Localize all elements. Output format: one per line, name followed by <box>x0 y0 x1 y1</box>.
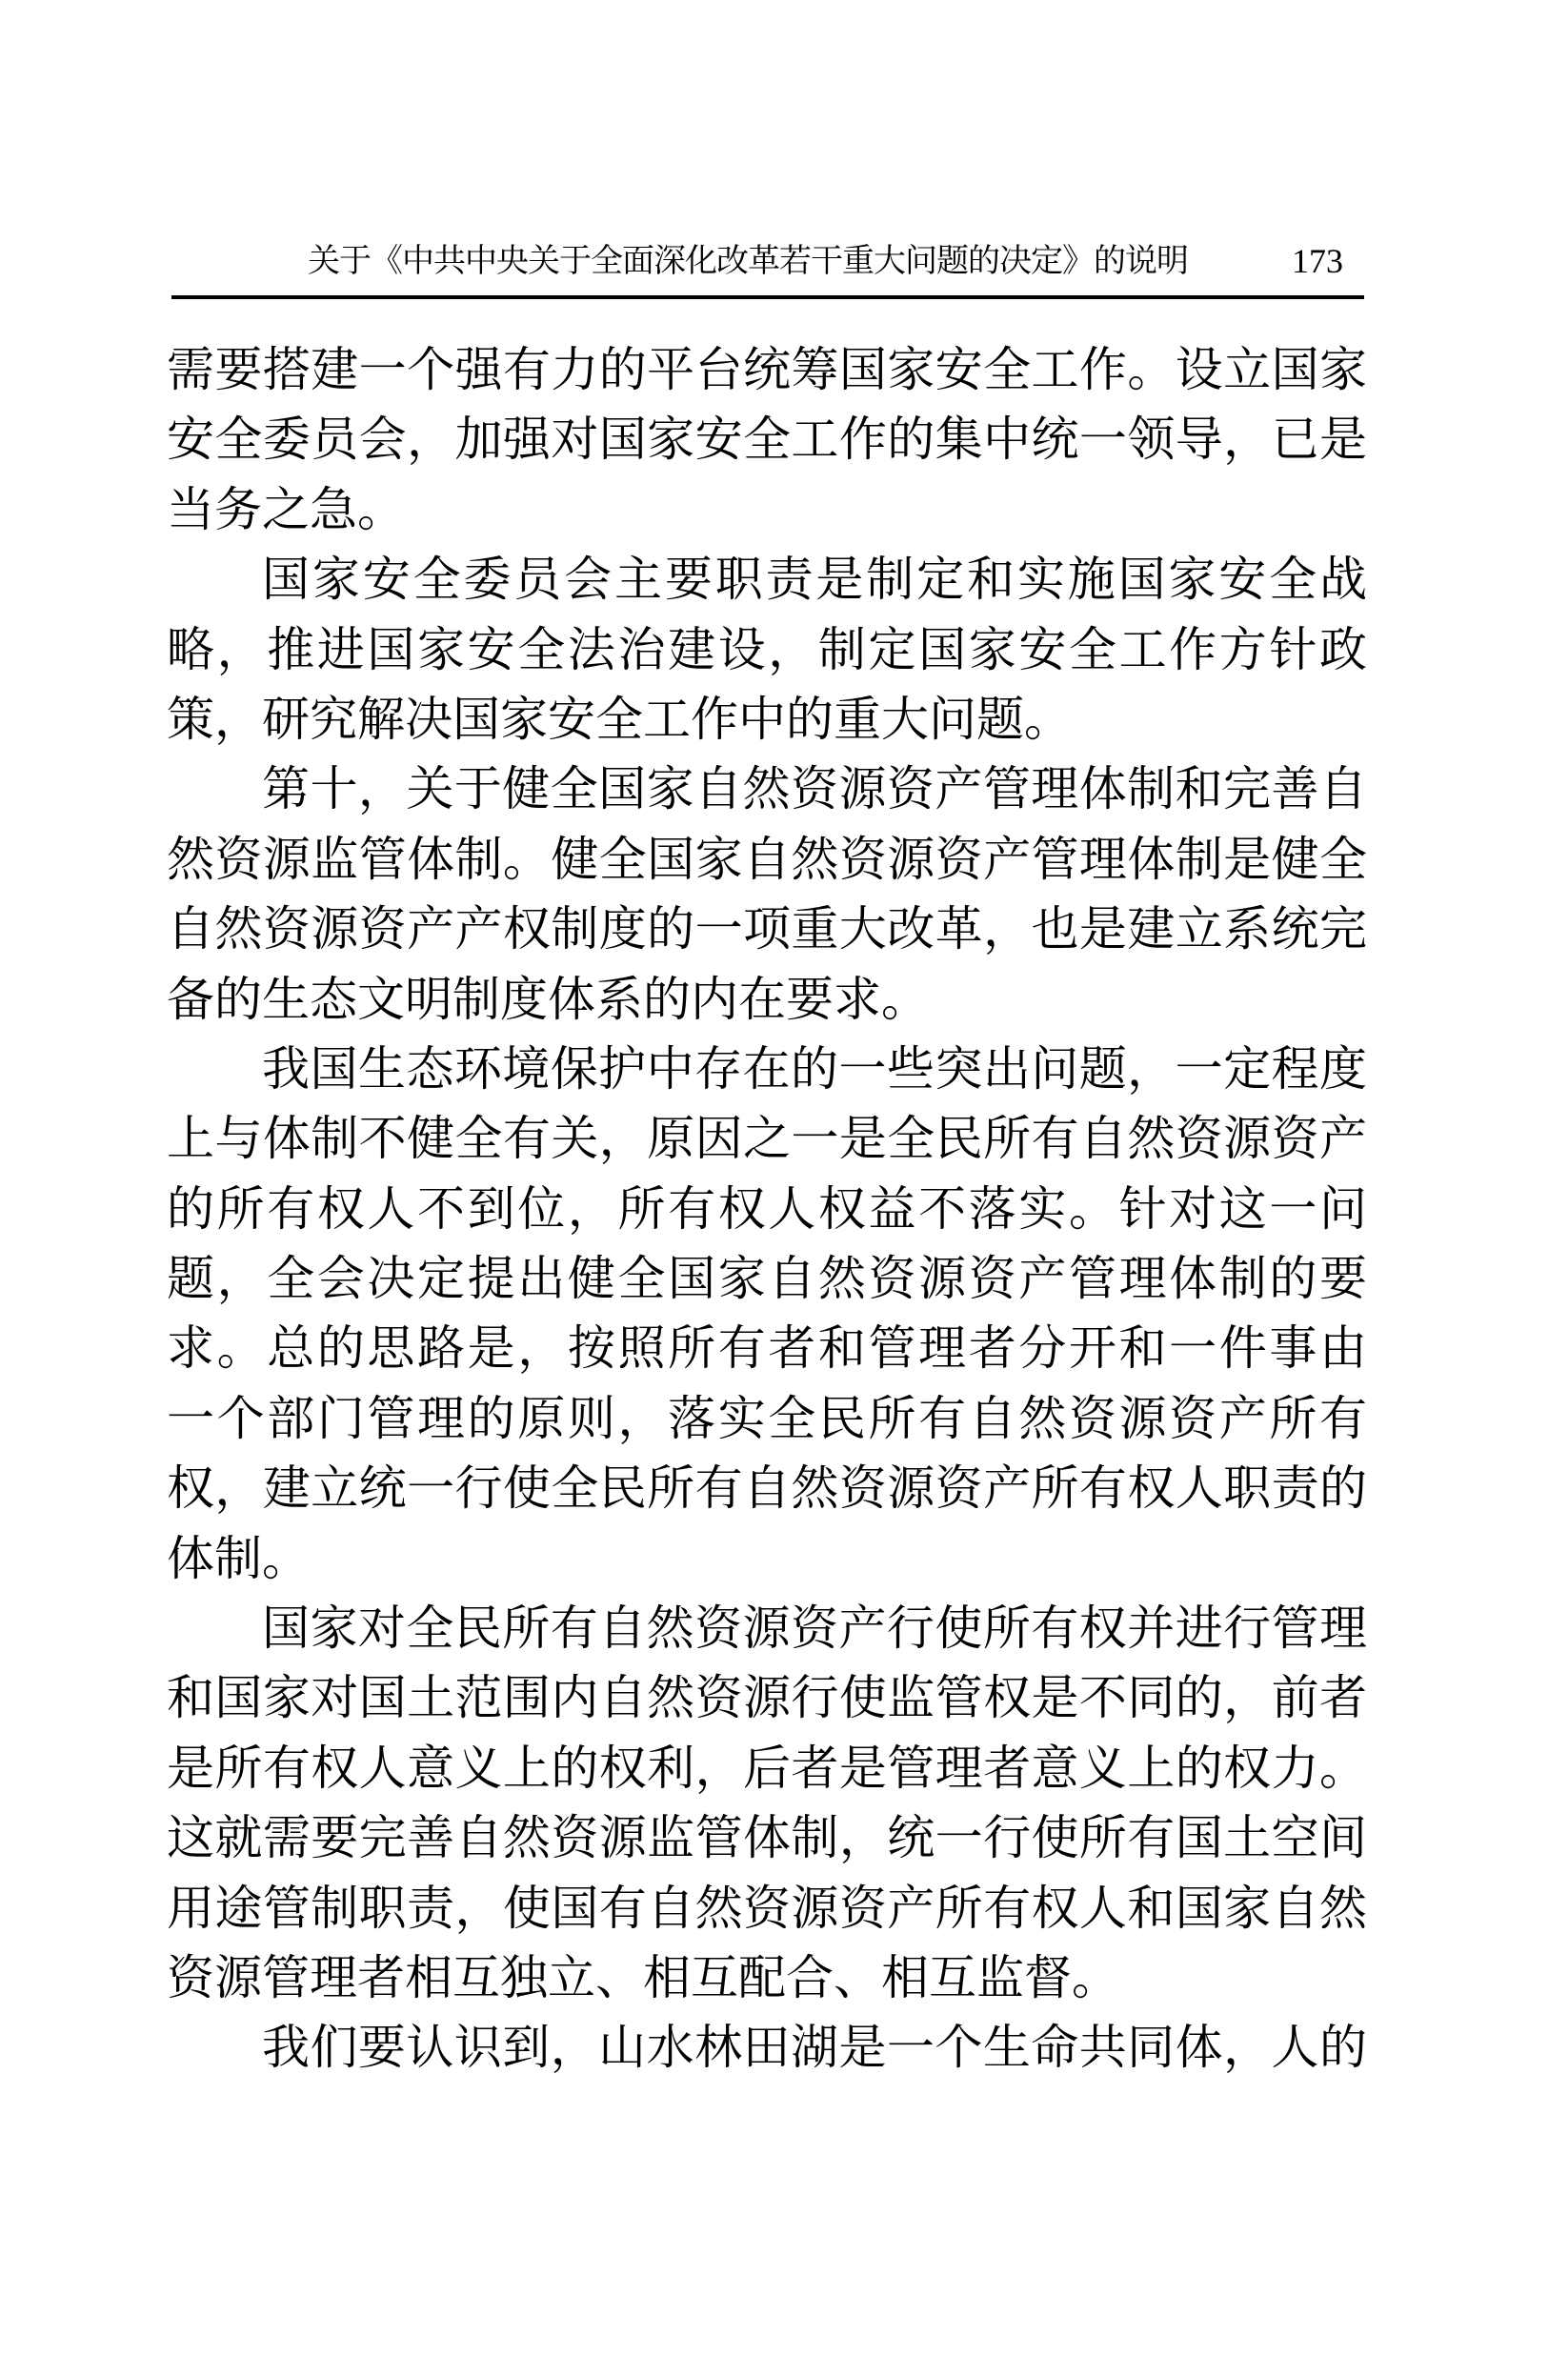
book-page: 关于《中共中央关于全面深化改革若干重大问题的决定》的说明 173 需要搭建一个强… <box>0 0 1568 2356</box>
text-line: 权，建立统一行使全民所有自然资源资产所有权人职责的 <box>167 1454 1367 1523</box>
text-line: 略，推进国家安全法治建设，制定国家安全工作方针政 <box>167 615 1367 685</box>
text-line: 体制。 <box>167 1524 1367 1594</box>
text-line: 我国生态环境保护中存在的一些突出问题，一定程度 <box>167 1035 1367 1104</box>
text-line: 国家对全民所有自然资源资产行使所有权并进行管理 <box>167 1594 1367 1663</box>
text-line: 然资源监管体制。健全国家自然资源资产管理体制是健全 <box>167 825 1367 895</box>
text-line: 一个部门管理的原则，落实全民所有自然资源资产所有 <box>167 1384 1367 1454</box>
text-line: 当务之急。 <box>167 475 1367 545</box>
text-line: 自然资源资产产权制度的一项重大改革，也是建立系统完 <box>167 895 1367 964</box>
page-number: 173 <box>1292 234 1343 288</box>
text-line: 题，全会决定提出健全国家自然资源资产管理体制的要 <box>167 1244 1367 1314</box>
text-line: 是所有权人意义上的权利，后者是管理者意义上的权力。 <box>167 1734 1367 1803</box>
text-line: 策，研究解决国家安全工作中的重大问题。 <box>167 685 1367 755</box>
text-line: 安全委员会，加强对国家安全工作的集中统一领导，已是 <box>167 405 1367 474</box>
text-line: 我们要认识到，山水林田湖是一个生命共同体，人的 <box>167 2013 1367 2083</box>
text-line: 这就需要完善自然资源监管体制，统一行使所有国土空间 <box>167 1803 1367 1873</box>
text-line: 第十，关于健全国家自然资源资产管理体制和完善自 <box>167 755 1367 824</box>
text-line: 备的生态文明制度体系的内在要求。 <box>167 965 1367 1035</box>
header-rule <box>171 295 1364 299</box>
running-title: 关于《中共中央关于全面深化改革若干重大问题的决定》的说明 <box>308 234 1188 288</box>
text-line: 需要搭建一个强有力的平台统筹国家安全工作。设立国家 <box>167 335 1367 405</box>
text-line: 和国家对国土范围内自然资源行使监管权是不同的，前者 <box>167 1663 1367 1733</box>
body-text: 需要搭建一个强有力的平台统筹国家安全工作。设立国家 安全委员会，加强对国家安全工… <box>167 335 1367 2084</box>
text-line: 用途管制职责，使国有自然资源资产所有权人和国家自然 <box>167 1874 1367 1943</box>
text-line: 国家安全委员会主要职责是制定和实施国家安全战 <box>167 545 1367 614</box>
text-line: 的所有权人不到位，所有权人权益不落实。针对这一问 <box>167 1175 1367 1244</box>
text-line: 资源管理者相互独立、相互配合、相互监督。 <box>167 1943 1367 2013</box>
text-line: 上与体制不健全有关，原因之一是全民所有自然资源资产 <box>167 1104 1367 1174</box>
running-header: 关于《中共中央关于全面深化改革若干重大问题的决定》的说明 173 <box>171 234 1364 288</box>
text-line: 求。总的思路是，按照所有者和管理者分开和一件事由 <box>167 1314 1367 1383</box>
